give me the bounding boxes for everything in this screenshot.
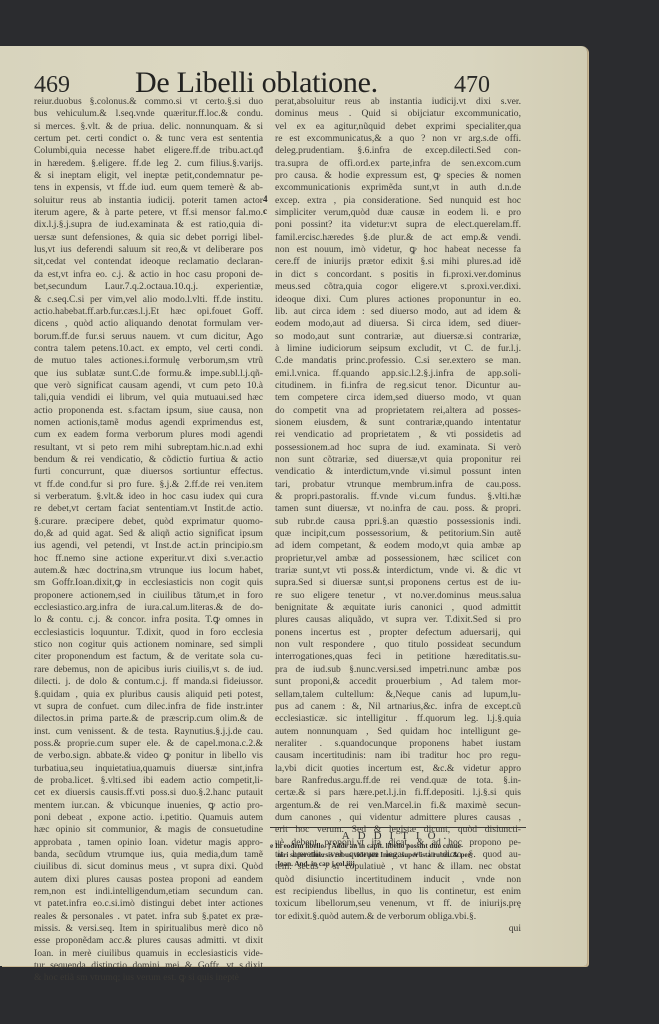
text-line: vel ex ea agitur,nũquid debet exprimi sp…: [275, 121, 521, 133]
text-line: certæ.& si pars hære.pet.l.j.in fi.ff.de…: [275, 787, 521, 799]
text-line: hæc opinio sit communior, & magis de con…: [34, 824, 263, 836]
text-line: cum ex eadem forma verborum plures modi …: [34, 429, 263, 441]
text-line: argentum.& de rei ven.Marcel.in fi.& max…: [275, 800, 521, 812]
additio-body: e In eodem libello. ] Adde an in capit. …: [270, 842, 526, 869]
right-text-column: perat,absoluitur reus ab instantia iudic…: [275, 96, 521, 935]
text-line: & c.seq.C.si per vim,vel alio modo.l.vlt…: [34, 294, 263, 306]
text-line: rare debemus, non de apicibus iuris ciui…: [34, 664, 263, 676]
text-line: nomen actionis,tamẽ modus agendi exprime…: [34, 417, 263, 429]
text-line: la,vbi dicit quoties incertum est, &c.& …: [275, 763, 521, 775]
text-line: ideoque dixi. Cum plures actiones propon…: [275, 294, 521, 306]
text-line: in dict s concordant. s positis in fi.pr…: [275, 269, 521, 281]
text-line: à limine iudiciorum seipsum excludit, vt…: [275, 343, 521, 355]
additio-footnote: ADDITIO. e In eodem libello. ] Adde an i…: [270, 827, 526, 869]
text-line: tens in expensis, vt ff.de iud. eum quem…: [34, 182, 263, 194]
text-line: de proba.licet. §.vlti.sed ibi eadem act…: [34, 775, 263, 787]
text-line: bus vehiculum.& l.seq.vnde quæritur.ff.l…: [34, 108, 263, 120]
text-line: ius agendi, vel petendi, vt Inst.de act.…: [34, 540, 263, 552]
text-line: benignitate & æquitate iuris canonici , …: [275, 602, 521, 614]
text-line: inst. cum venissent. & de testa. Raynuti…: [34, 726, 263, 738]
text-line: Ioan. in merè ciuilibus quamuis in eccle…: [34, 948, 263, 960]
text-line: ad idem competant, & eodem modo,vt quia …: [275, 540, 521, 552]
text-line: re est excommunicatus,& a quo ? non vr a…: [275, 133, 521, 145]
catchword: qui: [275, 923, 521, 935]
text-line: pra de iud.sub §.nunc.versi.sed impetri.…: [275, 664, 521, 676]
text-line: stico non cogitur quis actionem nominare…: [34, 639, 263, 651]
text-line: ecclesiastico.arg.infra de iura.cal.um.l…: [34, 602, 263, 614]
text-line: actio proponenda est. s.factam ipsum, si…: [34, 405, 263, 417]
text-line: dilecti. j. de dolo & contum.c.j. ff man…: [34, 676, 263, 688]
text-line: rei vendicatio ad proprietatem , & vti p…: [275, 429, 521, 441]
text-line: si merces. §.vlt. & de priua. delic. non…: [34, 121, 263, 133]
text-line: sm Goffr.Ioan.dixit,ꝙ in ecclesiasticis …: [34, 577, 263, 589]
text-line: da est,vt infra eo. c.j. & actio in hoc …: [34, 269, 263, 281]
text-line: sunt proponi,& accedit prouerbium , Ad t…: [275, 676, 521, 688]
left-page-number: 469: [34, 72, 70, 99]
text-line: lo & contu. c.j. & concor. infra posita.…: [34, 614, 263, 626]
text-line: de mutuo tales actiones.i.formulę verbor…: [34, 355, 263, 367]
text-line: esse proponẽdam acc.& plures causas admi…: [34, 935, 263, 947]
text-line: dominus meus . Quid si obijciatur excomm…: [275, 108, 521, 120]
text-line: ponens incertus est , propter defectum a…: [275, 627, 521, 639]
text-line: si verberatum. §.vlt.& ideo in hoc casu …: [34, 491, 263, 503]
text-line: §.quidam , quia ex pluribus causis aliqu…: [34, 689, 263, 701]
text-line: borum.ff.de fur.si seruus nauem. vt cum …: [34, 331, 263, 343]
text-line: interrogationes,quas feci in petitione h…: [275, 651, 521, 663]
text-line: sionem eiusdem, & sunt contrariæ,quando …: [275, 417, 521, 429]
text-line: lus,vt ius deferendi saluum sit reo,& vt…: [34, 244, 263, 256]
text-line: trariæ sunt,vt vti poss.& interdictum, v…: [275, 565, 521, 577]
text-line: in hæredem. §.eligere. ff.de leg 2. cum …: [34, 158, 263, 170]
text-line: possessionem.ad hoc supra de iud. examin…: [275, 442, 521, 454]
text-line: vt ff.de cond.fur si pro fure. §.j.& 2.f…: [34, 479, 263, 491]
text-line: bendum & rei vendicatio, & cõdictio furt…: [34, 454, 263, 466]
text-line: approbata , tamen opinio Ioan. videtur m…: [34, 837, 263, 849]
text-line: simpliciter verum,quòd duæ causæ in eode…: [275, 207, 521, 219]
text-line: & si ineptam eligit, vel ineptæ petit,co…: [34, 170, 263, 182]
text-line: proponere actionem,sed in ciuilibus tãtu…: [34, 590, 263, 602]
text-line: non vult respondere , quo titulo posside…: [275, 639, 521, 651]
additio-line: niri super diuersis rebus vide per Innoc…: [270, 851, 526, 860]
text-line: mentem iur.can. & vbicunque inuenies, ꝙ …: [34, 800, 263, 812]
left-text-column: reiur.duobus §.colonus.& commo.si vt cer…: [34, 96, 263, 985]
text-line: bare Ranfredus.argu.ff.de rei vend.quæ d…: [275, 775, 521, 787]
text-line: dilectos.in prima parte.& de præscrip.cu…: [34, 713, 263, 725]
text-line: meus.sed cõtra,quia cogor eligere.vt s.p…: [275, 281, 521, 293]
text-line: sellam,talem cultellum: &,Neque canis ad…: [275, 689, 521, 701]
page-title: De Libelli oblatione.: [135, 66, 378, 100]
text-line: proprietur,vel ambæ ad possessionem, hæc…: [275, 553, 521, 565]
text-line: reales & personales . vt patet. infra su…: [34, 911, 263, 923]
text-line: sit,cedat vel contendat ideoque reclamat…: [34, 256, 263, 268]
text-line: eodem modo,aut ad diuersa. Si circa idem…: [275, 318, 521, 330]
text-line: tari, probatur vtrunque membrum.infra de…: [275, 479, 521, 491]
text-line: ciuilibus di. sicut dominus meus , vt su…: [34, 861, 263, 873]
text-line: sub rubr.de causa ppri.§.an quæstio poss…: [275, 516, 521, 528]
text-line: actio.habebat.ff.arb.fur.cæs.l.j.Et hæc …: [34, 306, 263, 318]
text-line: quæ incipit,cum possessorium, & petitori…: [275, 528, 521, 540]
text-line: autem nonnunquam , Sed quidam hoc intell…: [275, 726, 521, 738]
text-line: soluitur reus ab instantia iudicij. pote…: [34, 195, 263, 207]
book-page: 469 De Libelli oblatione. 470 reiur.duob…: [0, 46, 587, 966]
text-line: vendicatio & interdictum,vnde vi.simul p…: [275, 466, 521, 478]
text-line: do,& ad quid agat. Sed & aliqñ actio sig…: [34, 528, 263, 540]
text-line: do competit vna ad proprietatem rei,alte…: [275, 405, 521, 417]
text-line: dicens , quòd actio aliquando denotat fo…: [34, 318, 263, 330]
text-line: vt supra de confuet. cum dilec.infra de …: [34, 701, 263, 713]
text-line: tur sequenda distinctio domini mei & Gof…: [34, 960, 263, 972]
text-line: autem dixi plures causas postea proponi …: [34, 874, 263, 886]
marginal-number: 4: [263, 194, 268, 204]
additio-heading: ADDITIO.: [270, 830, 526, 842]
text-line: & hoc etiã sm vtrumq; ius verum est. ꝙ s…: [34, 972, 263, 984]
text-line: §.curare. præcipere debet, quòd exprimat…: [34, 516, 263, 528]
text-line: tra.supra de offi.ord.ex parte,infra de …: [275, 158, 521, 170]
text-line: vt patet.infra eo.c.si.imò distingui deb…: [34, 898, 263, 910]
additio-line: e In eodem libello. ] Adde an in capit. …: [270, 842, 526, 851]
text-line: uersæ sunt defensiones, & quia sic debet…: [34, 232, 263, 244]
text-line: est recipiendus libellus, in quo lis con…: [275, 886, 521, 898]
text-line: poni possint? ita videtur:vt supra de el…: [275, 219, 521, 231]
text-line: ecclesiasticis loquuntur. T.dixit, quod …: [34, 627, 263, 639]
text-line: plures causas aliquãdo, vt supra ver. T.…: [275, 614, 521, 626]
text-line: quòd disiunctio incertitudinem inducit ,…: [275, 874, 521, 886]
text-line: missis. & versi.seq. Item in spiritualib…: [34, 923, 263, 935]
text-line: hoc ff.nemo sine actione experitur.vt di…: [34, 553, 263, 565]
text-line: tem competere circa idem,sed diuerso mod…: [275, 392, 521, 404]
text-line: tali,quia vendidi ei librum, vel quia mu…: [34, 392, 263, 404]
text-line: contra talem petens.10.act. ex empto, ve…: [34, 343, 263, 355]
text-line: non est nouum, imò videtur, ꝙ hoc habeat…: [275, 244, 521, 256]
text-line: Columbi,quia necesse habet eligere.ff.de…: [34, 145, 263, 157]
text-line: poss.& proprie.cum super ele. & de capel…: [34, 738, 263, 750]
text-line: citer proponendum est factum, & de verit…: [34, 651, 263, 663]
text-line: que verò significat causam agendi, vt cu…: [34, 380, 263, 392]
text-line: toxicum libellorum,seu venenum, vt ff. d…: [275, 898, 521, 910]
text-line: dum canones , qui videntur admittere plu…: [275, 812, 521, 824]
text-line: pro causa. & hodie expressum est, ꝙ spec…: [275, 170, 521, 182]
text-line: banda, secũdum vtrumque ius, quia media,…: [34, 849, 263, 861]
text-line: emi.l.vnica. ff.quando app.sic.l.2.§.j.i…: [275, 368, 521, 380]
text-line: neraliter . s.quandocunque proponens hab…: [275, 738, 521, 750]
text-line: cere.ff de iniurijs prætor edixit §.si m…: [275, 256, 521, 268]
text-line: resultant, vt si peto rem mihi subreptam…: [34, 442, 263, 454]
text-line: C.de mandatis princ.professio. C.si ser.…: [275, 355, 521, 367]
text-line: bet,secundum Laur.7.q.2.octaua.10.q.j. e…: [34, 281, 263, 293]
additio-line: Ioan. And. in cap j.col.iiij.: [270, 860, 526, 869]
text-line: tor edixit.§.quòd autem.& de verborum ob…: [275, 911, 521, 923]
text-line: perat,absoluitur reus ab instantia iudic…: [275, 96, 521, 108]
text-line: reiur.duobus §.colonus.& commo.si vt cer…: [34, 96, 263, 108]
text-line: dix.l.j.§.j.supra de iud.examinata & est…: [34, 219, 263, 231]
text-line: deleg.prudentiam. §.6.infra de excep.dil…: [275, 145, 521, 157]
text-line: autem.& hæc doctrina,sm vtrunque ius loc…: [34, 565, 263, 577]
right-page-number: 470: [454, 72, 490, 99]
text-line: re suo eligere tenetur , vt no.ver.domin…: [275, 590, 521, 602]
text-line: tamen sunt diuersæ, vt no.infra de cau. …: [275, 503, 521, 515]
marginal-letter: c: [263, 206, 267, 216]
text-line: & propri.pastoralis. ff.vnde vi.cum fund…: [275, 491, 521, 503]
text-line: lib. aut circa idem : sed diuerso modo, …: [275, 306, 521, 318]
text-line: pus ad canem : &, Nil artnarius,&c. infr…: [275, 701, 521, 713]
text-line: supra.Sed si diuersæ sunt,si proponens c…: [275, 577, 521, 589]
text-line: rem,non est indi.intelligendum,etiam sec…: [34, 886, 263, 898]
text-line: certum pet. certi condict o. & tunc vera…: [34, 133, 263, 145]
text-line: citudinem. in fi.infra de reg.sicut teno…: [275, 380, 521, 392]
text-line: cet ex diuersis causis.ff.vti poss.si du…: [34, 787, 263, 799]
text-line: causam incertitudinis: nam ibi traditur …: [275, 750, 521, 762]
text-line: non sunt cõtrariæ, sed diuersæ,vt quia p…: [275, 454, 521, 466]
text-line: famil.ercisc.hæredes §.de plur.& de act …: [275, 232, 521, 244]
text-line: excep. extra , pia consideratione. Sed n…: [275, 195, 521, 207]
text-line: re debet,vt certam faciat sententiam.vt …: [34, 503, 263, 515]
text-line: de verbo.sign. abbate.& video ꝙ ponitur …: [34, 750, 263, 762]
text-line: so modo,aut sunt contrariæ, aut diuersæ.…: [275, 331, 521, 343]
text-line: iterum agere, & à parte petere, vt ff.si…: [34, 207, 263, 219]
text-line: turbatiua,seu inquietatiua,quamuis diuer…: [34, 763, 263, 775]
text-line: excommunicationis exprimẽda sunt,vt in a…: [275, 182, 521, 194]
text-line: furti concurrunt, quæ diuersos sortiuntu…: [34, 466, 263, 478]
text-line: ecclesiasticæ. sic intelligitur . ff.quo…: [275, 713, 521, 725]
text-line: que ius sublatæ sunt.C.de formu.& impe.s…: [34, 368, 263, 380]
text-line: poni debeat , expone actio. i.petitio. Q…: [34, 812, 263, 824]
